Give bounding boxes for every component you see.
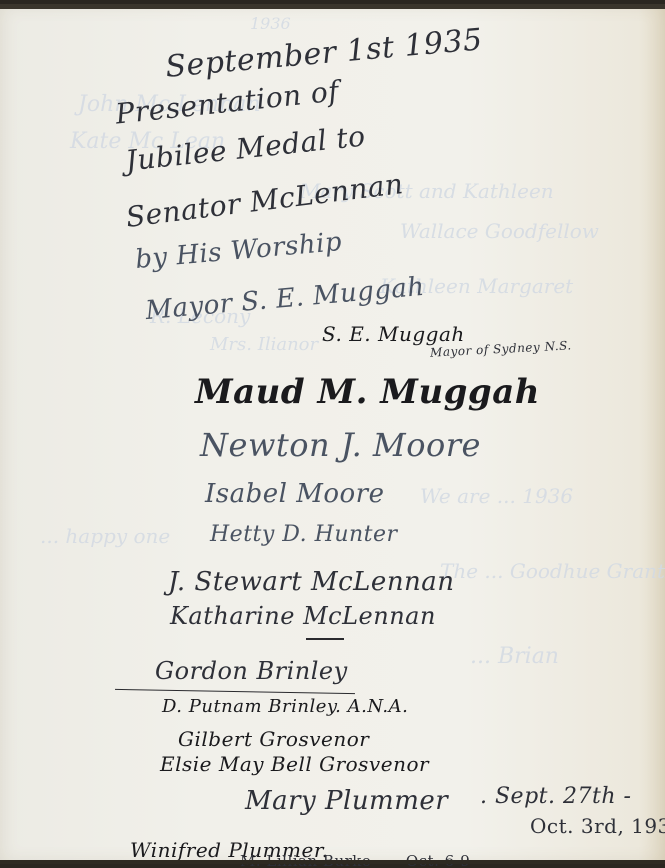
- signature-note: . Sept. 27th -: [480, 784, 631, 809]
- bleedthrough-line: Wallace Goodfellow: [400, 219, 599, 243]
- signature: Hetty D. Hunter: [210, 522, 398, 547]
- bleedthrough-year: 1936: [250, 14, 291, 33]
- signature: Gordon Brinley: [155, 657, 348, 685]
- flourish-line: [115, 689, 355, 694]
- signature: Mary Plummer: [245, 786, 448, 816]
- bleedthrough-line: We are ... 1936: [420, 484, 573, 508]
- signature: Isabel Moore: [205, 479, 384, 509]
- signature: S. E. Muggah: [322, 322, 465, 346]
- signature: D. Putnam Brinley. A.N.A.: [162, 696, 408, 717]
- bleedthrough-line: ... Brian: [470, 644, 559, 669]
- signature: Katharine McLennan: [170, 602, 436, 630]
- page-bottom-edge: [0, 860, 665, 864]
- signature: Elsie May Bell Grosvenor: [160, 752, 429, 776]
- signature: Gilbert Grosvenor: [178, 727, 369, 751]
- heading-line-3: Senator McLennan: [124, 167, 405, 234]
- bleedthrough-line: ... happy one: [40, 524, 170, 548]
- heading-line-4: by His Worship: [134, 227, 343, 275]
- signature: J. Stewart McLennan: [168, 567, 455, 597]
- heading-line-1: Presentation of: [114, 74, 341, 130]
- heading-line-5: Mayor S. E. Muggah: [144, 272, 426, 326]
- divider-mark: [306, 638, 344, 640]
- bleedthrough-line: The ... Goodhue Grantz: [440, 559, 665, 583]
- signature-note: Oct. 3rd, 1935: [530, 814, 665, 838]
- guestbook-page: 1936 John Mc Lennan Kate Mc Lean Mary Sc…: [0, 4, 665, 864]
- bleedthrough-line: Mrs. Ilianor: [210, 334, 318, 355]
- page-top-edge: [0, 4, 665, 9]
- signature: Maud M. Muggah: [195, 372, 540, 412]
- signature: Newton J. Moore: [200, 426, 481, 464]
